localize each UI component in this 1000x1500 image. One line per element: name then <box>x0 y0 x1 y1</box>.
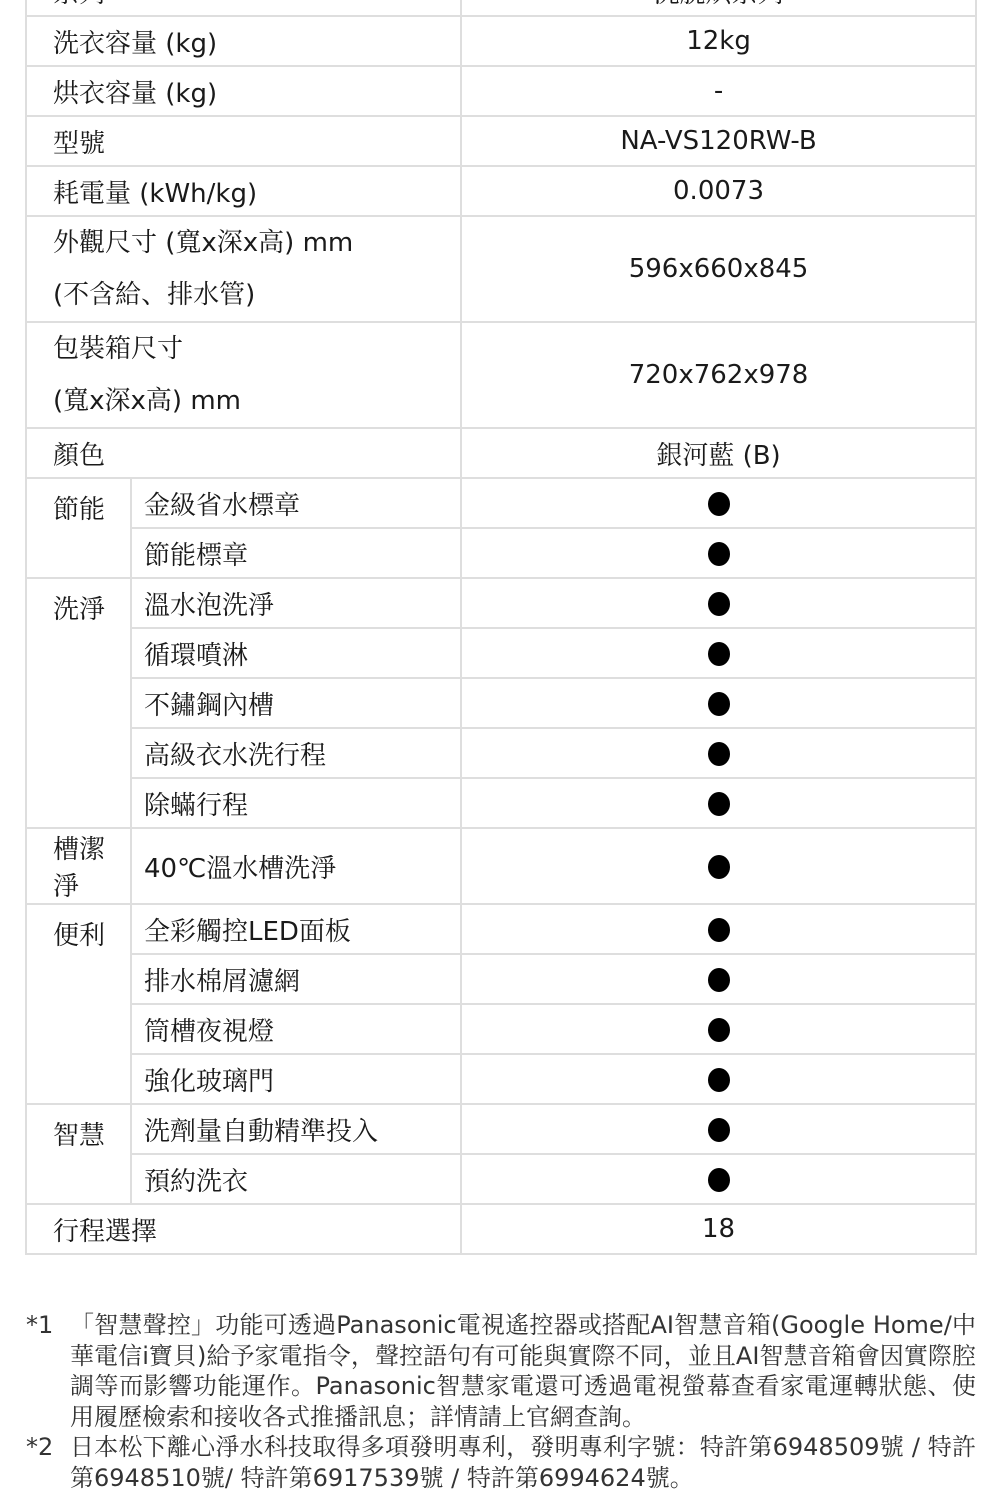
feature-category: 洗淨 <box>26 578 131 828</box>
feature-label: 高級衣水洗行程 <box>131 728 461 778</box>
check-dot-icon <box>708 1068 730 1092</box>
feature-row: 除蟎行程 <box>26 778 976 828</box>
spec-row-wash-capacity: 洗衣容量 (kg) 12kg <box>26 16 976 66</box>
spec-label-line2: (寬x深x高) mm <box>53 375 460 427</box>
spec-label-line2: (不含給、排水管) <box>53 269 460 321</box>
spec-value: 18 <box>461 1204 976 1254</box>
feature-label: 強化玻璃門 <box>131 1054 461 1104</box>
feature-row: 高級衣水洗行程 <box>26 728 976 778</box>
spec-label: 型號 <box>26 116 461 166</box>
spec-value: 0.0073 <box>461 166 976 216</box>
spec-label: 行程選擇 <box>26 1204 461 1254</box>
spec-label: 洗衣容量 (kg) <box>26 16 461 66</box>
footnote-marker: *2 <box>26 1432 70 1493</box>
spec-label: 系列 <box>26 0 461 16</box>
spec-label-line1: 包裝箱尺寸 <box>53 323 460 375</box>
spec-label-line1: 外觀尺寸 (寬x深x高) mm <box>53 217 460 269</box>
feature-label: 排水棉屑濾網 <box>131 954 461 1004</box>
feature-label: 節能標章 <box>131 528 461 578</box>
spec-label: 包裝箱尺寸 (寬x深x高) mm <box>26 322 461 428</box>
spec-value: 銀河藍 (B) <box>461 428 976 478</box>
check-dot-icon <box>708 592 730 616</box>
feature-row: 智慧 洗劑量自動精準投入 <box>26 1104 976 1154</box>
feature-row: 洗淨 溫水泡洗淨 <box>26 578 976 628</box>
spec-table: 系列 洗脫烘系列 洗衣容量 (kg) 12kg 烘衣容量 (kg) - 型號 N… <box>25 0 977 1255</box>
feature-row: 節能 金級省水標章 <box>26 478 976 528</box>
check-dot-icon <box>708 1168 730 1192</box>
feature-row: 節能標章 <box>26 528 976 578</box>
feature-label: 金級省水標章 <box>131 478 461 528</box>
feature-label: 洗劑量自動精準投入 <box>131 1104 461 1154</box>
feature-label: 循環噴淋 <box>131 628 461 678</box>
feature-row: 循環噴淋 <box>26 628 976 678</box>
feature-category: 智慧 <box>26 1104 131 1204</box>
check-dot-icon <box>708 692 730 716</box>
spec-label: 顏色 <box>26 428 461 478</box>
feature-row: 排水棉屑濾網 <box>26 954 976 1004</box>
check-dot-icon <box>708 1118 730 1142</box>
check-dot-icon <box>708 542 730 566</box>
spec-row-power: 耗電量 (kWh/kg) 0.0073 <box>26 166 976 216</box>
spec-label: 烘衣容量 (kg) <box>26 66 461 116</box>
feature-category: 便利 <box>26 904 131 1104</box>
spec-value: 洗脫烘系列 <box>461 0 976 16</box>
spec-value: NA-VS120RW-B <box>461 116 976 166</box>
spec-row-series: 系列 洗脫烘系列 <box>26 0 976 16</box>
feature-label: 不鏽鋼內槽 <box>131 678 461 728</box>
feature-label: 筒槽夜視燈 <box>131 1004 461 1054</box>
check-dot-icon <box>708 918 730 942</box>
spec-row-dimensions: 外觀尺寸 (寬x深x高) mm (不含給、排水管) 596x660x845 <box>26 216 976 322</box>
feature-label: 除蟎行程 <box>131 778 461 828</box>
feature-label: 預約洗衣 <box>131 1154 461 1204</box>
feature-category: 節能 <box>26 478 131 578</box>
check-dot-icon <box>708 742 730 766</box>
footnote-2: *2 日本松下離心淨水科技取得多項發明專利，發明專利字號：特許第6948509號… <box>26 1432 976 1493</box>
check-dot-icon <box>708 492 730 516</box>
check-dot-icon <box>708 855 730 879</box>
footnote-1: *1 「智慧聲控」功能可透過Panasonic電視遙控器或搭配AI智慧音箱(Go… <box>26 1310 976 1432</box>
feature-row: 預約洗衣 <box>26 1154 976 1204</box>
feature-row: 強化玻璃門 <box>26 1054 976 1104</box>
spec-value: 720x762x978 <box>461 322 976 428</box>
spec-row-dry-capacity: 烘衣容量 (kg) - <box>26 66 976 116</box>
feature-row: 不鏽鋼內槽 <box>26 678 976 728</box>
feature-row: 筒槽夜視燈 <box>26 1004 976 1054</box>
feature-label: 全彩觸控LED面板 <box>131 904 461 954</box>
check-dot-icon <box>708 968 730 992</box>
spec-row-color: 顏色 銀河藍 (B) <box>26 428 976 478</box>
footnotes: *1 「智慧聲控」功能可透過Panasonic電視遙控器或搭配AI智慧音箱(Go… <box>26 1310 976 1493</box>
spec-label: 耗電量 (kWh/kg) <box>26 166 461 216</box>
feature-row: 槽潔淨 40℃溫水槽洗淨 <box>26 828 976 904</box>
spec-label: 外觀尺寸 (寬x深x高) mm (不含給、排水管) <box>26 216 461 322</box>
spec-value: 596x660x845 <box>461 216 976 322</box>
check-dot-icon <box>708 642 730 666</box>
spec-value: 12kg <box>461 16 976 66</box>
spec-value: - <box>461 66 976 116</box>
spec-row-package-size: 包裝箱尺寸 (寬x深x高) mm 720x762x978 <box>26 322 976 428</box>
feature-row: 便利 全彩觸控LED面板 <box>26 904 976 954</box>
feature-label: 溫水泡洗淨 <box>131 578 461 628</box>
check-dot-icon <box>708 1018 730 1042</box>
spec-row-model: 型號 NA-VS120RW-B <box>26 116 976 166</box>
spec-row-programs: 行程選擇 18 <box>26 1204 976 1254</box>
footnote-text: 「智慧聲控」功能可透過Panasonic電視遙控器或搭配AI智慧音箱(Googl… <box>70 1310 976 1432</box>
feature-category: 槽潔淨 <box>26 828 131 904</box>
check-dot-icon <box>708 792 730 816</box>
footnote-marker: *1 <box>26 1310 70 1432</box>
feature-label: 40℃溫水槽洗淨 <box>131 828 461 904</box>
footnote-text: 日本松下離心淨水科技取得多項發明專利，發明專利字號：特許第6948509號 / … <box>70 1432 976 1493</box>
